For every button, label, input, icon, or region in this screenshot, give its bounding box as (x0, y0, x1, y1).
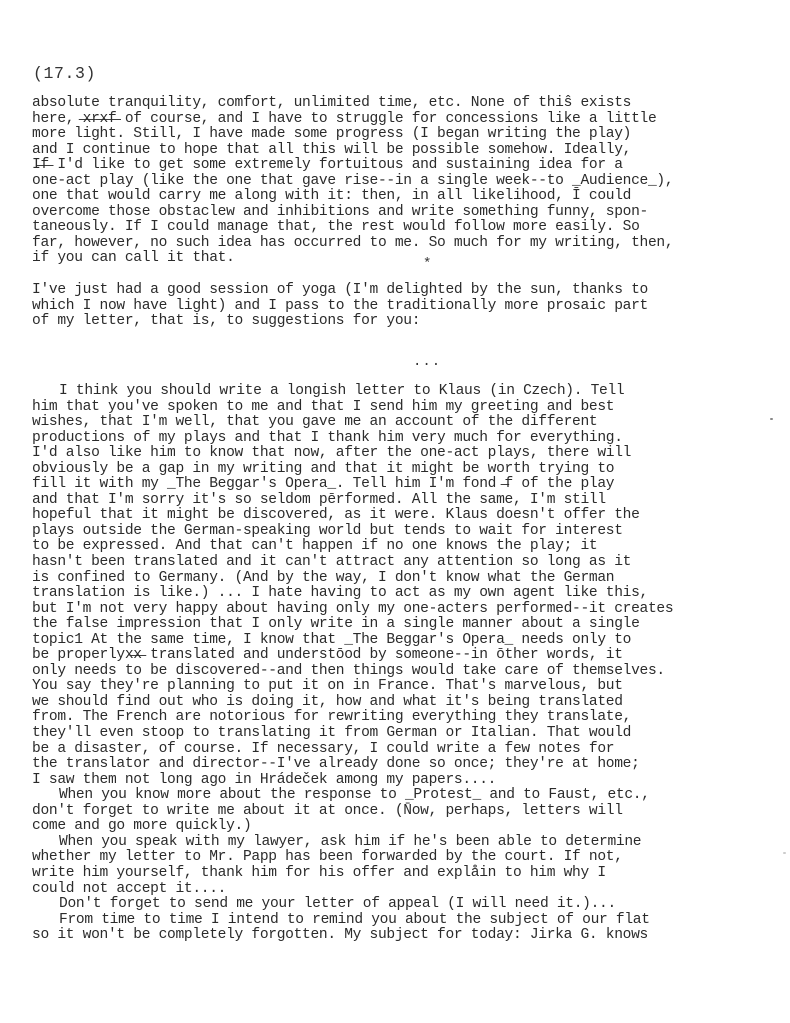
text-line: I̶f̶ I'd like to get some extremely fort… (32, 158, 782, 174)
page-number-label: (17.3) (33, 64, 96, 83)
section-separator-star: * (423, 256, 431, 272)
text-line: overcome those obstaclew and inhibitions… (32, 205, 782, 221)
text-line: be a disaster, of course. If necessary, … (32, 742, 782, 758)
text-line: hasn't been translated and it can't attr… (32, 555, 782, 571)
text-line: we should find out who is doing it, how … (32, 695, 782, 711)
paragraph-writing-progress: absolute tranquility, comfort, unlimited… (32, 96, 782, 267)
text-line: plays outside the German-speaking world … (32, 524, 782, 540)
text-line: more light. Still, I have made some prog… (32, 127, 782, 143)
section-separator-dots: ... (413, 354, 441, 370)
text-line: one-act play (like the one that gave ris… (32, 174, 782, 190)
text-line: here, ̶x̶r̶x̶f̶ of course, and I have to… (32, 112, 782, 128)
text-line: hopeful that it might be discovered, as … (32, 508, 782, 524)
text-line: the false impression that I only write i… (32, 617, 782, 633)
text-line: From time to time I intend to remind you… (32, 913, 782, 929)
text-line: whether my letter to Mr. Papp has been f… (32, 850, 782, 866)
text-line: translation is like.) ... I hate having … (32, 586, 782, 602)
text-line: fill it with my _The Beggar's Opera_. Te… (32, 477, 782, 493)
text-line: to be expressed. And that can't happen i… (32, 539, 782, 555)
text-line: I'd also like him to know that now, afte… (32, 446, 782, 462)
text-line: and I continue to hope that all this wil… (32, 143, 782, 159)
text-line: come and go more quickly.) (32, 819, 782, 835)
text-line: wishes, that I'm well, that you gave me … (32, 415, 782, 431)
text-line: which I now have light) and I pass to th… (32, 299, 782, 315)
text-line: don't forget to write me about it at onc… (32, 804, 782, 820)
text-line: absolute tranquility, comfort, unlimited… (32, 96, 782, 112)
text-line: only needs to be discovered--and then th… (32, 664, 782, 680)
text-line: You say they're planning to put it on in… (32, 679, 782, 695)
text-line: write him yourself, thank him for his of… (32, 866, 782, 882)
paragraph-suggestions: I think you should write a longish lette… (32, 384, 782, 944)
text-line: I saw them not long ago in Hrádeček amon… (32, 773, 782, 789)
paper-speck (770, 418, 773, 420)
paragraph-yoga: I've just had a good session of yoga (I'… (32, 283, 782, 330)
text-line: him that you've spoken to me and that I … (32, 400, 782, 416)
text-line: Don't forget to send me your letter of a… (32, 897, 782, 913)
text-line: but I'm not very happy about having only… (32, 602, 782, 618)
text-line: When you know more about the response to… (32, 788, 782, 804)
text-line: and that I'm sorry it's so seldom pērfor… (32, 493, 782, 509)
text-line: from. The French are notorious for rewri… (32, 710, 782, 726)
text-line: if you can call it that. (32, 251, 782, 267)
text-line: topic1 At the same time, I know that _Th… (32, 633, 782, 649)
typed-letter-page: (17.3) absolute tranquility, comfort, un… (0, 0, 790, 1023)
text-line: obviously be a gap in my writing and tha… (32, 462, 782, 478)
text-line: productions of my plays and that I thank… (32, 431, 782, 447)
text-line: one that would carry me along with it: t… (32, 189, 782, 205)
text-line: I think you should write a longish lette… (32, 384, 782, 400)
text-line: I've just had a good session of yoga (I'… (32, 283, 782, 299)
text-line: so it won't be completely forgotten. My … (32, 928, 782, 944)
paper-speck (783, 852, 786, 854)
text-line: taneously. If I could manage that, the r… (32, 220, 782, 236)
text-line: could not accept it.... (32, 882, 782, 898)
text-line: be properlyx̶x̶ translated and understōo… (32, 648, 782, 664)
text-line: the translator and director--I've alread… (32, 757, 782, 773)
text-line: they'll even stoop to translating it fro… (32, 726, 782, 742)
text-line: of my letter, that is, to suggestions fo… (32, 314, 782, 330)
text-line: far, however, no such idea has occurred … (32, 236, 782, 252)
text-line: When you speak with my lawyer, ask him i… (32, 835, 782, 851)
text-line: is confined to Germany. (And by the way,… (32, 571, 782, 587)
